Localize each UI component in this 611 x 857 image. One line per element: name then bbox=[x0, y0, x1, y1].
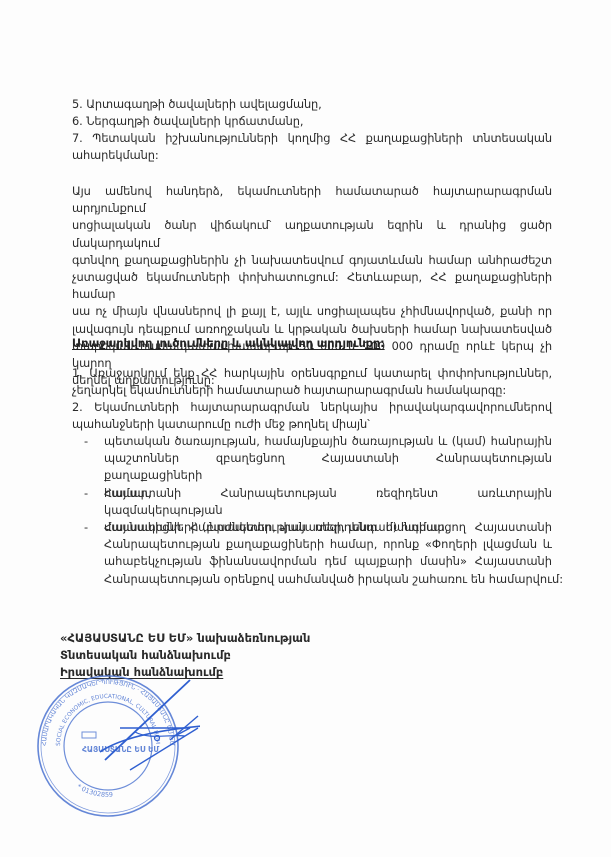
list-text-line: պահանջների կատարումը ուժի մեջ թողնել միա… bbox=[72, 416, 552, 433]
official-stamp: ՀԱՍԱՐԱԿԱԿԱՆ ԿԱԶՄԱԿԵՐՊՈՒԹՅՈՒՆ · ՀԱՅԱՍՏԱՆԸ… bbox=[20, 670, 200, 824]
list-text: Պետական իշխանությունների կողմից ՀՀ քաղաք… bbox=[92, 131, 552, 145]
dash-bullet: - bbox=[84, 519, 88, 536]
committee-economic: Տնտեսական հանձնախումբ bbox=[60, 647, 310, 664]
bullet-line: Հանրապետության քաղաքացիների համար, որոնք… bbox=[104, 536, 552, 553]
list-text-line: ահարեկմանը: bbox=[72, 147, 552, 164]
bullet-line: պաշտոններ զբաղեցնող Հայաստանի Հանրապետու… bbox=[104, 450, 552, 484]
list-number: 7. bbox=[72, 131, 83, 145]
list-text-line: չեղարկել եկամուտների համատարած հայտարարա… bbox=[72, 382, 552, 399]
paragraph-line: չստացված եկամուտների փոխհատուցում: Հետևա… bbox=[72, 269, 552, 303]
bullet-line: ահաբեկչության ֆինանսավորման դեմ պայքարի … bbox=[104, 553, 552, 570]
dash-bullet: - bbox=[84, 433, 88, 450]
paragraph-line: սոցիալական ծանր վիճակում՝ աղքատության եզ… bbox=[72, 217, 552, 251]
list-text: Ներգաղթի ծավալների կրճատմանը, bbox=[86, 114, 303, 128]
list-text-line: 2. Եկամուտների հայտարարագրման ներկայիս ի… bbox=[72, 399, 552, 416]
stamp-seal-icon: ՀԱՍԱՐԱԿԱԿԱՆ ԿԱԶՄԱԿԵՐՊՈՒԹՅՈՒՆ · ՀԱՅԱՍՏԱՆԸ… bbox=[20, 670, 200, 820]
list-number: 2. bbox=[72, 400, 83, 414]
bullet-line: պետական ծառայության, համայնքային ծառայու… bbox=[104, 433, 552, 450]
proposal-item-1: 1. Առաջարկում ենք ՀՀ հարկային օրենսգրքու… bbox=[72, 365, 552, 399]
list-item-6: 6. Ներգաղթի ծավալների կրճատմանը, bbox=[72, 113, 552, 130]
paragraph-line: գտնվող քաղաքացիներին չի նախատեսվում գոյա… bbox=[72, 252, 552, 269]
list-number: 5. bbox=[72, 97, 83, 111]
list-item-7: 7. Պետական իշխանությունների կողմից ՀՀ քա… bbox=[72, 130, 552, 164]
organization-name: «ՀԱՅԱՍՏԱՆԸ ԵՍ ԵՄ» նախաձեռնության bbox=[60, 630, 310, 647]
section-heading: Առաջարկվող լուծումները և ակնկալվող արդյո… bbox=[72, 335, 552, 352]
bullet-item-3: - Հայաստանի Հանրապետության ռեզիդենտ հանդ… bbox=[104, 519, 552, 588]
paragraph-line: սա ոչ միայն վնասներով լի քայլ է, այլև սո… bbox=[72, 303, 552, 320]
list-item-5: 5. Արտագաղթի ծավալների ավելացմանը, bbox=[72, 96, 552, 113]
list-text-line: 1. Առաջարկում ենք ՀՀ հարկային օրենսգրքու… bbox=[72, 365, 552, 382]
list-number: 6. bbox=[72, 114, 83, 128]
bullet-line: Հայաստանի Հանրապետության ռեզիդենտ առևտրա… bbox=[104, 485, 552, 519]
svg-text:* 01302859: * 01302859 bbox=[75, 782, 113, 798]
list-text: Առաջարկում ենք ՀՀ հարկային օրենսգրքում կ… bbox=[89, 366, 552, 380]
bullet-line: Հայաստանի Հանրապետության ռեզիդենտ հանդիս… bbox=[104, 519, 552, 536]
paragraph-line: Այս ամենով հանդերձ, եկամուտների համատարա… bbox=[72, 183, 552, 217]
list-number: 1. bbox=[72, 366, 83, 380]
list-text-line: 7. Պետական իշխանությունների կողմից ՀՀ քա… bbox=[72, 130, 552, 147]
body-paragraph: Այս ամենով հանդերձ, եկամուտների համատարա… bbox=[72, 183, 552, 389]
list-text: Արտագաղթի ծավալների ավելացմանը, bbox=[86, 97, 322, 111]
proposal-item-2: 2. Եկամուտների հայտարարագրման ներկայիս ի… bbox=[72, 399, 552, 433]
dash-bullet: - bbox=[84, 485, 88, 502]
bullet-line: Հանրապետության օրենքով սահմանված իրական … bbox=[104, 571, 552, 588]
document-page: 5. Արտագաղթի ծավալների ավելացմանը, 6. Նե… bbox=[0, 0, 611, 857]
list-text: Եկամուտների հայտարարագրման ներկայիս իրավ… bbox=[94, 400, 552, 414]
